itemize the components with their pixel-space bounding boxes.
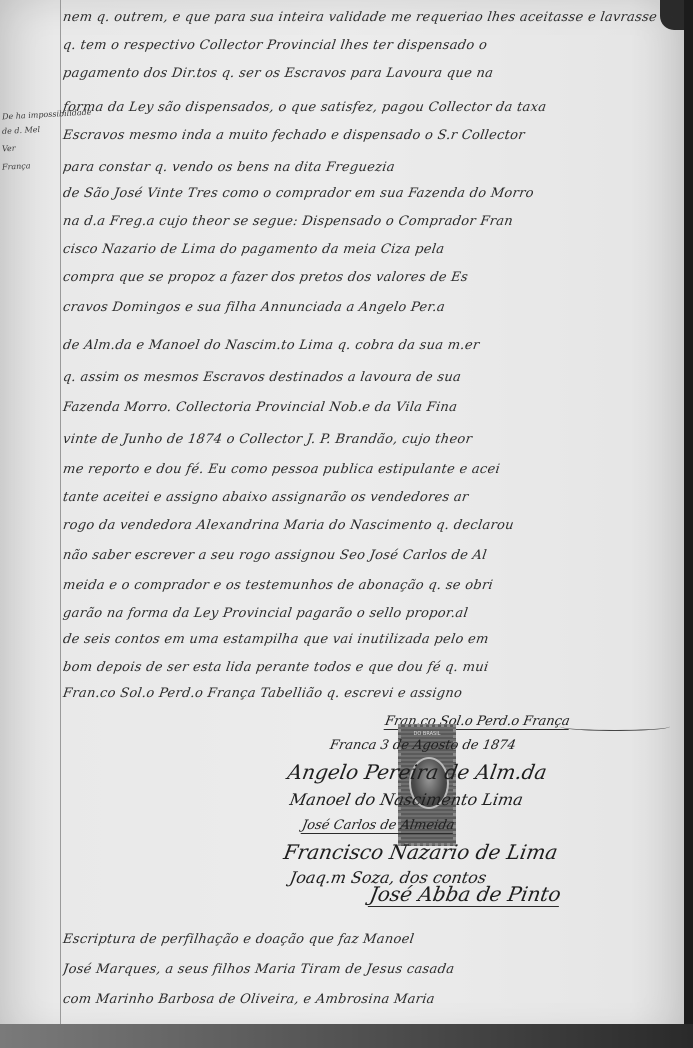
body-line: nem q. outrem, e que para sua inteira va… (62, 10, 676, 25)
margin-note-line: França (2, 161, 31, 171)
next-entry-line: com Marinho Barbosa de Oliveira, e Ambro… (62, 992, 676, 1007)
body-line: cisco Nazario de Lima do pagamento da me… (62, 242, 676, 257)
next-entry-line: José Marques, a seus filhos Maria Tiram … (62, 962, 676, 977)
stamp-label: DO BRASIL (401, 731, 453, 737)
body-line: rogo da vendedora Alexandrina Maria do N… (62, 518, 676, 533)
body-line: forma da Ley são dispensados, o que sati… (62, 100, 676, 115)
body-line: não saber escrever a seu rogo assignou S… (62, 548, 676, 563)
signature-flourish (560, 722, 670, 731)
document-page: De ha impossibilidade de d. Mel Ver Fran… (0, 0, 684, 1038)
signature-line: Francisco Nazario de Lima (282, 840, 560, 864)
body-line: q. tem o respectivo Collector Provincial… (62, 38, 676, 53)
body-line: vinte de Junho de 1874 o Collector J. P.… (62, 432, 676, 447)
body-line: na d.a Freg.a cujo theor se segue: Dispe… (62, 214, 676, 229)
signature-line: José Carlos de Almeida (301, 818, 456, 834)
body-line: bom depois de ser esta lida perante todo… (62, 660, 676, 675)
body-line: de São José Vinte Tres como o comprador … (62, 186, 676, 201)
margin-note-line: de d. Mel (2, 125, 41, 136)
place-date: Franca 3 de Agosto de 1874 (329, 738, 517, 753)
body-line: de Alm.da e Manoel do Nascim.to Lima q. … (62, 338, 676, 353)
next-entry-line: Escriptura de perfilhação e doação que f… (62, 932, 676, 947)
body-line: cravos Domingos e sua filha Annunciada a… (62, 300, 676, 315)
body-line: Fazenda Morro. Collectoria Provincial No… (62, 400, 676, 415)
margin-note-line: Ver (2, 144, 16, 154)
body-line: compra que se propoz a fazer dos pretos … (62, 270, 676, 285)
body-line: pagamento dos Dir.tos q. ser os Escravos… (62, 66, 676, 81)
body-line: q. assim os mesmos Escravos destinados a… (62, 370, 676, 385)
body-line: para constar q. vendo os bens na dita Fr… (62, 160, 676, 175)
body-line: Escravos mesmo inda a muito fechado e di… (62, 128, 676, 143)
signature-line: Angelo Pereira de Alm.da (286, 760, 549, 784)
body-line: Fran.co Sol.o Perd.o França Tabellião q.… (62, 686, 676, 701)
body-line: meida e o comprador e os testemunhos de … (62, 578, 676, 593)
body-line: de seis contos em uma estampilha que vai… (62, 632, 676, 647)
signature-line: José Abba de Pinto (368, 882, 563, 907)
margin-rule (60, 0, 61, 1030)
body-line: me reporto e dou fé. Eu como pessoa publ… (62, 462, 676, 477)
signature-line: Manoel do Nascimento Lima (288, 790, 524, 809)
scan-bottom-edge (0, 1024, 693, 1048)
body-line: tante aceitei e assigno abaixo assignarã… (62, 490, 676, 505)
body-line: garão na forma da Ley Provincial pagarão… (62, 606, 676, 621)
